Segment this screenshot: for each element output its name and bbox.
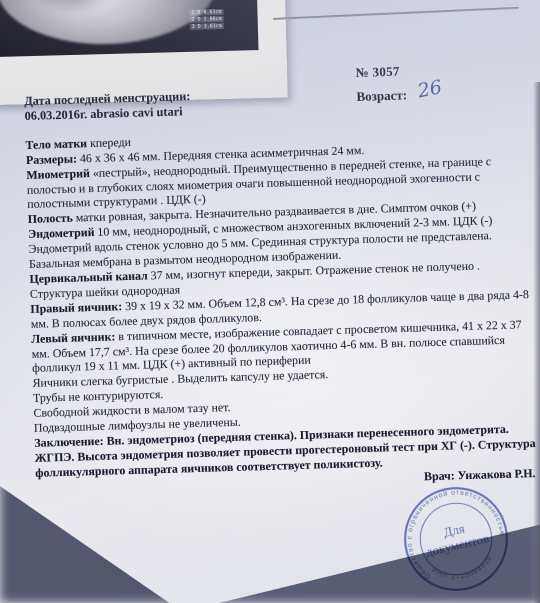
paragraph-label: Заключение: <box>34 434 104 450</box>
us-measurement-row: 1 D 4.63cm <box>189 9 223 16</box>
us-measurement-row: 3 D 3.61cm <box>190 23 224 30</box>
document-photo: 1 D 4.63cm2 D 2.86cm3 D 3.61cm № 3057 Во… <box>0 0 540 603</box>
paragraph-label: Правый яичник: <box>30 299 122 316</box>
document-number: № 3057 <box>355 59 530 81</box>
paragraph-label: Эндометрий <box>28 225 95 241</box>
ultrasound-scan-image: 1 D 4.63cm2 D 2.86cm3 D 3.61cm <box>0 0 258 57</box>
header-rule <box>273 7 519 21</box>
paragraph-label: Тело матки <box>25 136 87 152</box>
us-measurements: 1 D 4.63cm2 D 2.86cm3 D 3.61cm <box>189 9 224 31</box>
stamp: Общество с ограниченной ответственностью… <box>386 469 525 603</box>
stamp-inn-text: ИНН 2725064020 <box>429 553 497 587</box>
paragraph-label: Левый яичник: <box>31 329 115 345</box>
us-measurement-row: 2 D 2.86cm <box>189 16 223 23</box>
report-body: Дата последней менструации: 06.03.2016г.… <box>24 79 540 495</box>
paragraph-label: Полость <box>28 211 73 226</box>
paragraph-label: Миометрий <box>26 166 90 182</box>
ultrasound-fan <box>0 0 218 47</box>
paragraph-label: Размеры: <box>26 151 77 167</box>
report-paragraphs: Тело матки кпередиРазмеры: 46 х 36 х 46 … <box>25 123 539 481</box>
